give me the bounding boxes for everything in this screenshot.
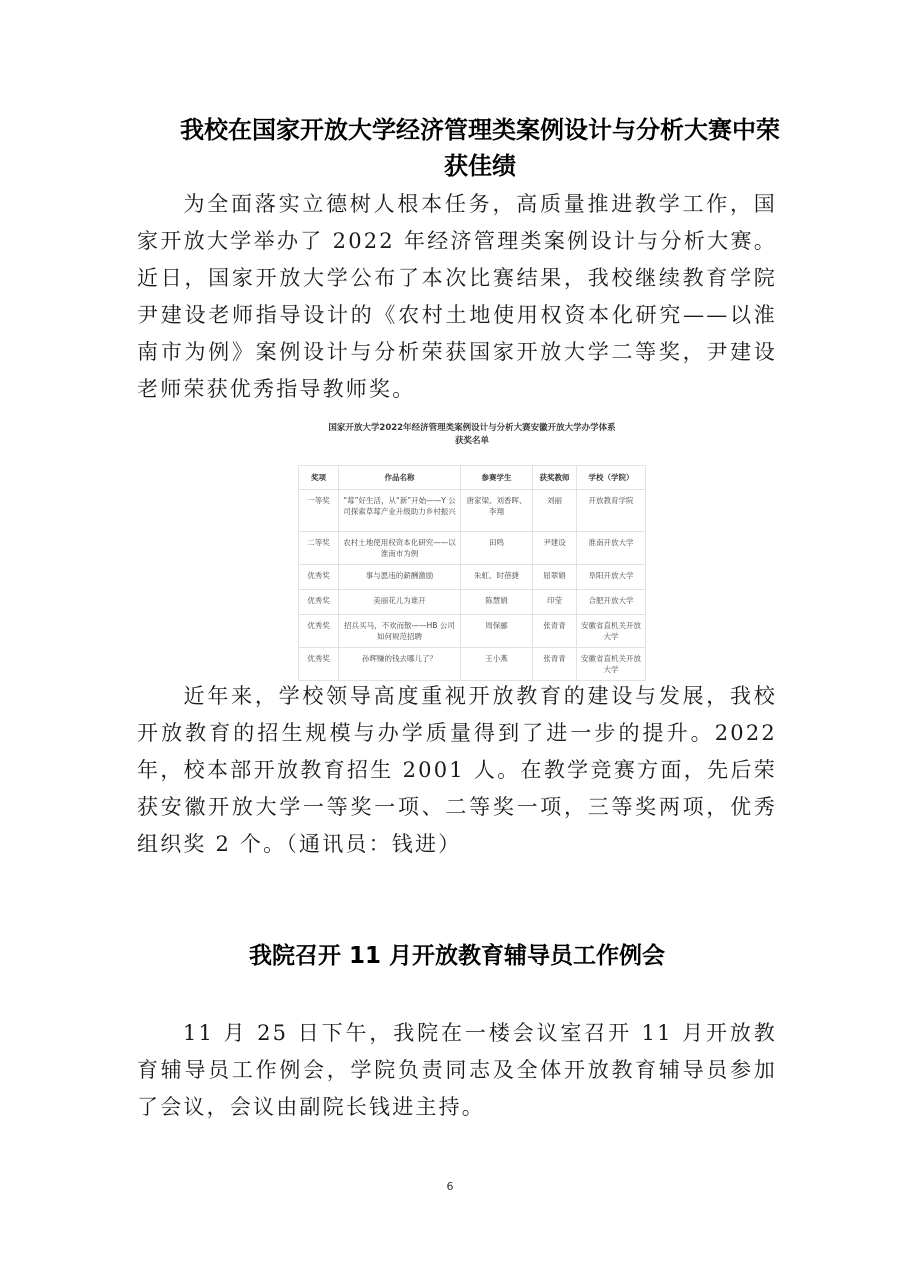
table-header-row: 奖项 作品名称 参赛学生 获奖教师 学校（学院） — [299, 466, 646, 490]
table-row: 优秀奖 事与愿违的薪酬激励 朱虹、时蓓捷 屈翠娟 阜阳开放大学 — [299, 565, 646, 590]
column-header: 学校（学院） — [577, 466, 646, 490]
table-row: 优秀奖 孙辉赚的钱去哪儿了？ 王小燕 张青青 安徽省直机关开放大学 — [299, 648, 646, 681]
table-cell: 王小燕 — [461, 648, 533, 681]
table-cell: 安徽省直机关开放大学 — [577, 648, 646, 681]
table-row: 优秀奖 招兵买马，不欢而散——HB 公司如何规范招聘 周保郦 张青青 安徽省直机… — [299, 615, 646, 648]
paragraph-text: 为全面落实立德树人根本任务，高质量推进教学工作，国家开放大学举办了 2022 年… — [137, 192, 777, 401]
table-row: 一等奖 “莓”好生活，从“新”开始——Y 公司探索草莓产业升级助力乡村振兴 唐家… — [299, 490, 646, 532]
table-cell: 陈慧娟 — [461, 590, 533, 615]
table-cell: 唐家梁、刘香晖、李翔 — [461, 490, 533, 532]
article-title: 我院召开 11 月开放教育辅导员工作例会 — [137, 938, 777, 974]
table-cell: 农村土地使用权资本化研究——以淮南市为例 — [339, 532, 461, 565]
figure-title-line2: 获奖名单 — [292, 435, 652, 448]
table-cell: 周保郦 — [461, 615, 533, 648]
table-cell: 合肥开放大学 — [577, 590, 646, 615]
article-paragraph: 11 月 25 日下午，我院在一楼会议室召开 11 月开放教育辅导员工作例会，学… — [137, 1015, 777, 1126]
table-cell: “莓”好生活，从“新”开始——Y 公司探索草莓产业升级助力乡村振兴 — [339, 490, 461, 532]
table-cell: 孙辉赚的钱去哪儿了？ — [339, 648, 461, 681]
table-cell: 招兵买马，不欢而散——HB 公司如何规范招聘 — [339, 615, 461, 648]
article-title: 我校在国家开放大学经济管理类案例设计与分析大赛中荣获佳绩 — [180, 112, 780, 184]
article-paragraph: 近年来，学校领导高度重视开放教育的建设与发展，我校开放教育的招生规模与办学质量得… — [137, 678, 777, 863]
table-cell: 印莹 — [533, 590, 577, 615]
table-cell: 尹建设 — [533, 532, 577, 565]
table-cell: 事与愿违的薪酬激励 — [339, 565, 461, 590]
table-row: 优秀奖 美丽花儿为谁开 陈慧娟 印莹 合肥开放大学 — [299, 590, 646, 615]
column-header: 作品名称 — [339, 466, 461, 490]
paragraph-text: 11 月 25 日下午，我院在一楼会议室召开 11 月开放教育辅导员工作例会，学… — [137, 1021, 777, 1119]
page-number: 6 — [440, 1180, 460, 1193]
table-cell: 张青青 — [533, 615, 577, 648]
table-cell: 优秀奖 — [299, 615, 339, 648]
paragraph-text: 近年来，学校领导高度重视开放教育的建设与发展，我校开放教育的招生规模与办学质量得… — [137, 684, 777, 856]
table-cell: 二等奖 — [299, 532, 339, 565]
table-cell: 优秀奖 — [299, 590, 339, 615]
table-cell: 开放教育学院 — [577, 490, 646, 532]
table-cell: 优秀奖 — [299, 565, 339, 590]
award-table: 奖项 作品名称 参赛学生 获奖教师 学校（学院） 一等奖 “莓”好生活，从“新”… — [298, 465, 646, 681]
table-cell: 屈翠娟 — [533, 565, 577, 590]
table-cell: 淮南开放大学 — [577, 532, 646, 565]
table-cell: 刘丽 — [533, 490, 577, 532]
figure-title: 国家开放大学2022年经济管理类案例设计与分析大赛安徽开放大学办学体系 获奖名单 — [292, 422, 652, 448]
table-row: 二等奖 农村土地使用权资本化研究——以淮南市为例 田鸣 尹建设 淮南开放大学 — [299, 532, 646, 565]
article-paragraph: 为全面落实立德树人根本任务，高质量推进教学工作，国家开放大学举办了 2022 年… — [137, 186, 777, 408]
table-cell: 张青青 — [533, 648, 577, 681]
column-header: 奖项 — [299, 466, 339, 490]
table-cell: 优秀奖 — [299, 648, 339, 681]
table-cell: 田鸣 — [461, 532, 533, 565]
table-cell: 美丽花儿为谁开 — [339, 590, 461, 615]
table-cell: 一等奖 — [299, 490, 339, 532]
table-cell: 阜阳开放大学 — [577, 565, 646, 590]
table-cell: 安徽省直机关开放大学 — [577, 615, 646, 648]
column-header: 参赛学生 — [461, 466, 533, 490]
table-cell: 朱虹、时蓓捷 — [461, 565, 533, 590]
award-list-figure: 国家开放大学2022年经济管理类案例设计与分析大赛安徽开放大学办学体系 获奖名单… — [292, 422, 652, 682]
figure-title-line1: 国家开放大学2022年经济管理类案例设计与分析大赛安徽开放大学办学体系 — [292, 422, 652, 435]
column-header: 获奖教师 — [533, 466, 577, 490]
